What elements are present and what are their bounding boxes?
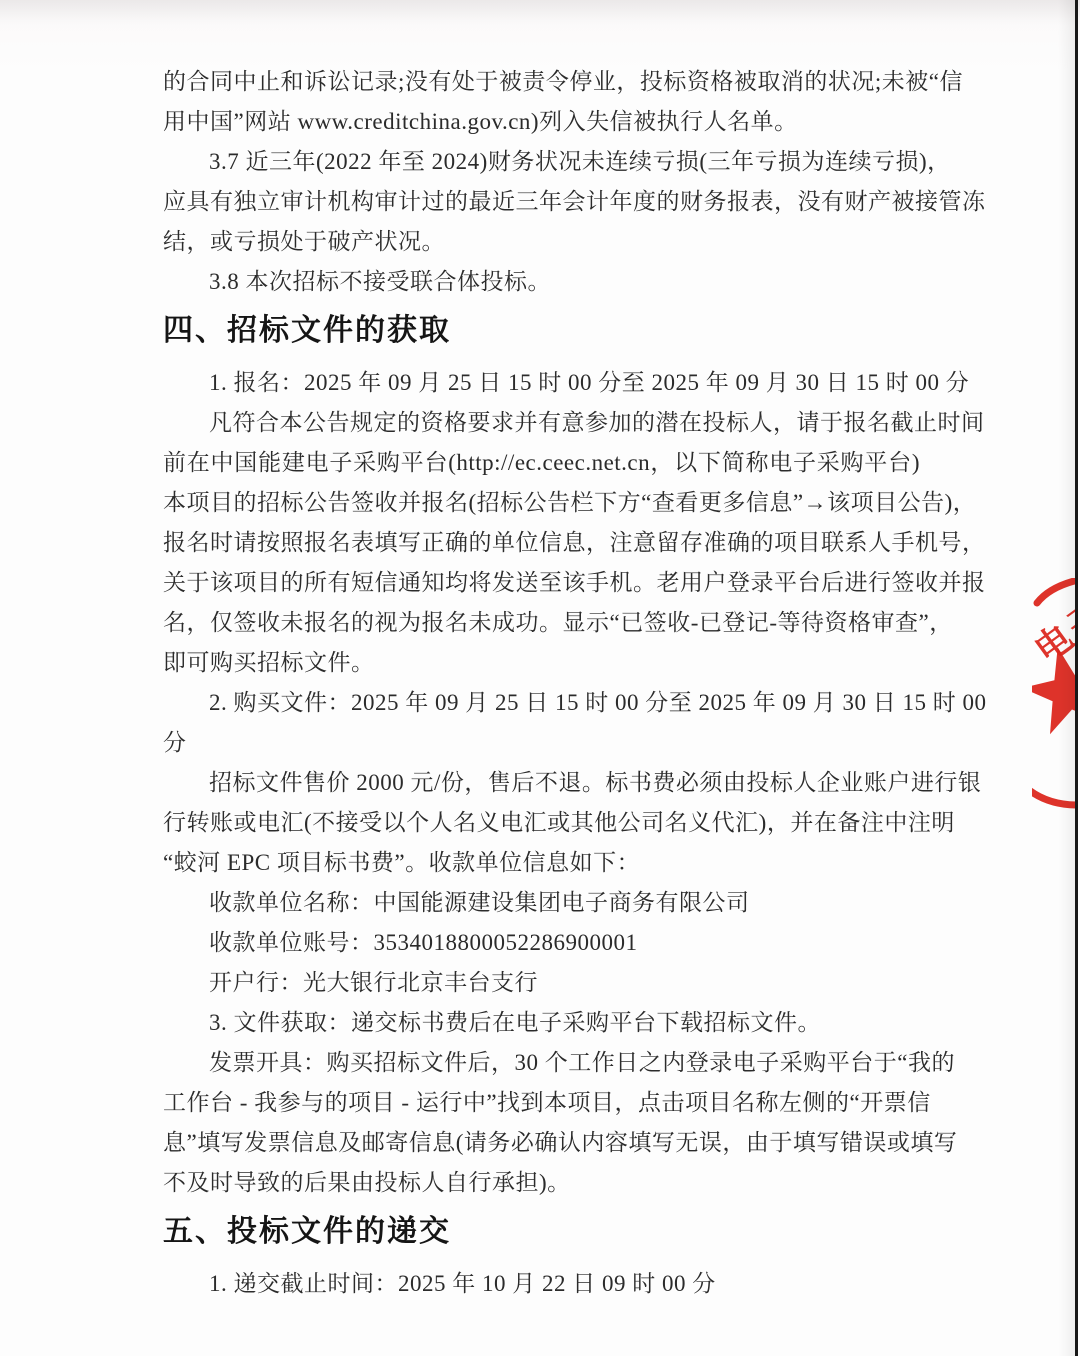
doc-line: 2. 购买文件：2025 年 09 月 25 日 15 时 00 分至 2025… xyxy=(163,683,920,723)
doc-line: 3.7 近三年(2022 年至 2024)财务状况未连续亏损(三年亏损为连续亏损… xyxy=(163,142,920,182)
doc-line: 结，或亏损处于破产状况。 xyxy=(163,222,920,262)
doc-line-payee-account: 收款单位账号：3534018800052286900001 xyxy=(163,923,920,963)
doc-line: 名，仅签收未报名的视为报名未成功。显示“已签收-已登记-等待资格审查”， xyxy=(163,603,920,643)
doc-line: 分 xyxy=(163,723,920,763)
doc-line: 3. 文件获取：递交标书费后在电子采购平台下载招标文件。 xyxy=(163,1003,920,1043)
doc-line: 的合同中止和诉讼记录;没有处于被责令停业，投标资格被取消的状况;未被“信 xyxy=(163,62,920,102)
doc-line: 1. 报名：2025 年 09 月 25 日 15 时 00 分至 2025 年… xyxy=(163,363,920,403)
doc-line: 凡符合本公告规定的资格要求并有意参加的潜在投标人，请于报名截止时间 xyxy=(163,403,920,443)
doc-line: 关于该项目的所有短信通知均将发送至该手机。老用户登录平台后进行签收并报 xyxy=(163,563,920,603)
doc-line: 用中国”网站 www.creditchina.gov.cn)列入失信被执行人名单… xyxy=(163,102,920,142)
doc-line: 招标文件售价 2000 元/份，售后不退。标书费必须由投标人企业账户进行银 xyxy=(163,763,920,803)
doc-line: 报名时请按照报名表填写正确的单位信息，注意留存准确的项目联系人手机号， xyxy=(163,523,920,563)
doc-line: 不及时导致的后果由投标人自行承担)。 xyxy=(163,1163,920,1203)
doc-line: 行转账或电汇(不接受以个人名义电汇或其他公司名义代汇)，并在备注中注明 xyxy=(163,803,920,843)
section-heading-document-acquisition: 四、招标文件的获取 xyxy=(163,309,920,353)
doc-line: 发票开具：购买招标文件后，30 个工作日之内登录电子采购平台于“我的 xyxy=(163,1043,920,1083)
doc-line-payee-name: 收款单位名称：中国能源建设集团电子商务有限公司 xyxy=(163,883,920,923)
doc-line: 应具有独立审计机构审计过的最近三年会计年度的财务报表，没有财产被接管冻 xyxy=(163,182,920,222)
page-edge-line xyxy=(1075,0,1078,1356)
doc-line: 3.8 本次招标不接受联合体投标。 xyxy=(163,262,920,302)
doc-line: 本项目的招标公告签收并报名(招标公告栏下方“查看更多信息”→该项目公告)， xyxy=(163,483,920,523)
section-heading-bid-submission: 五、投标文件的递交 xyxy=(163,1210,920,1254)
doc-line: “蛟河 EPC 项目标书费”。收款单位信息如下： xyxy=(163,843,920,883)
document-body: 的合同中止和诉讼记录;没有处于被责令停业，投标资格被取消的状况;未被“信 用中国… xyxy=(163,62,920,1304)
doc-line-submission-deadline: 1. 递交截止时间：2025 年 10 月 22 日 09 时 00 分 xyxy=(163,1264,920,1304)
photo-top-shade xyxy=(0,0,1080,26)
doc-line: 前在中国能建电子采购平台(http://ec.ceec.net.cn，以下简称电… xyxy=(163,443,920,483)
page-edge-shadow xyxy=(1058,0,1075,1356)
scanned-tender-notice-page: 的合同中止和诉讼记录;没有处于被责令停业，投标资格被取消的状况;未被“信 用中国… xyxy=(0,0,1080,1356)
doc-line: 工作台 - 我参与的项目 - 运行中”找到本项目，点击项目名称左侧的“开票信 xyxy=(163,1083,920,1123)
doc-line: 即可购买招标文件。 xyxy=(163,643,920,683)
doc-line: 息”填写发票信息及邮寄信息(请务必确认内容填写无误，由于填写错误或填写 xyxy=(163,1123,920,1163)
doc-line-payee-bank: 开户行：光大银行北京丰台支行 xyxy=(163,963,920,1003)
